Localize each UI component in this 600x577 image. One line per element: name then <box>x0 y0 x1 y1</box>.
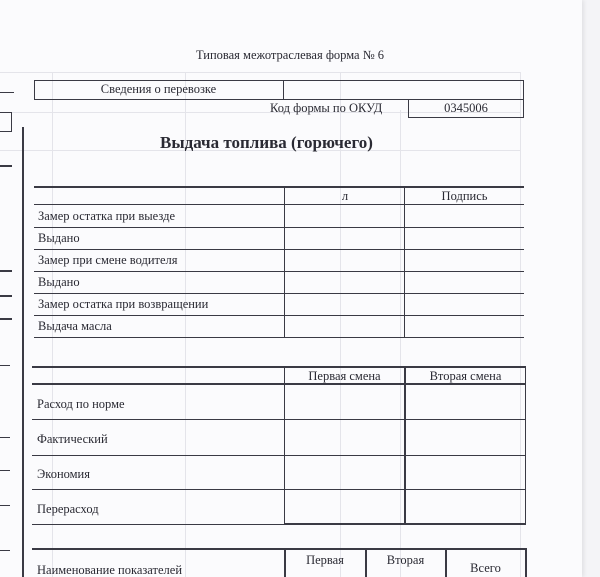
fuel-row-line <box>34 315 524 316</box>
edge-line <box>0 295 12 297</box>
fuel-row-label: Выдано <box>38 275 80 290</box>
transport-info-divider <box>283 80 284 100</box>
edge-vline <box>22 127 24 577</box>
fuel-row-label: Выдано <box>38 231 80 246</box>
fuel-table-top <box>34 186 524 188</box>
consumption-row-label: Фактический <box>37 432 108 447</box>
edge-line <box>0 318 12 320</box>
okud-code: 0345006 <box>408 101 524 116</box>
indicators-col-second: Вторая <box>366 553 445 568</box>
fuel-row-label: Выдача масла <box>38 319 112 334</box>
edge-line <box>0 437 10 438</box>
consumption-row-label: Расход по норме <box>37 397 125 412</box>
fuel-row-line <box>34 249 524 250</box>
indicators-col-divider <box>525 548 527 577</box>
edge-line <box>0 365 10 366</box>
document-title: Выдача топлива (горючего) <box>160 133 373 153</box>
consumption-row-line <box>32 489 526 490</box>
edge-line <box>0 550 10 551</box>
consumption-col-first-shift: Первая смена <box>285 369 404 384</box>
consumption-row-line <box>32 419 526 420</box>
edge-line <box>0 165 12 167</box>
fuel-row-label: Замер остатка при возвращении <box>38 297 208 312</box>
fuel-row-line <box>34 293 524 294</box>
ghost-line <box>0 72 520 73</box>
consumption-col-divider <box>404 366 406 524</box>
consumption-col-second-shift: Вторая смена <box>405 369 526 384</box>
form-header: Типовая межотраслевая форма № 6 <box>140 48 440 63</box>
edge-line <box>0 270 12 272</box>
fuel-row-line <box>34 204 524 205</box>
consumption-row-label: Перерасход <box>37 502 99 517</box>
edge-line <box>0 92 14 93</box>
indicators-col-name: Наименование показателей <box>37 563 182 577</box>
fuel-row-line <box>34 337 524 338</box>
transport-info-label: Сведения о перевозке <box>34 82 283 97</box>
consumption-row-line <box>32 524 526 525</box>
okud-label: Код формы по ОКУД <box>270 101 382 116</box>
edge-line <box>0 470 10 471</box>
fuel-row-line <box>34 271 524 272</box>
indicators-col-first: Первая <box>285 553 365 568</box>
fuel-row-line <box>34 227 524 228</box>
edge-line <box>0 505 10 506</box>
fuel-row-label: Замер при смене водителя <box>38 253 178 268</box>
edge-box <box>0 112 12 132</box>
form-page: Типовая межотраслевая форма № 6 Сведения… <box>0 0 582 577</box>
indicators-table-top <box>32 548 526 550</box>
fuel-row-label: Замер остатка при выезде <box>38 209 175 224</box>
consumption-row-line <box>32 455 526 456</box>
indicators-col-total: Всего <box>446 561 525 576</box>
consumption-row-label: Экономия <box>37 467 90 482</box>
fuel-col-signature: Подпись <box>405 189 524 204</box>
